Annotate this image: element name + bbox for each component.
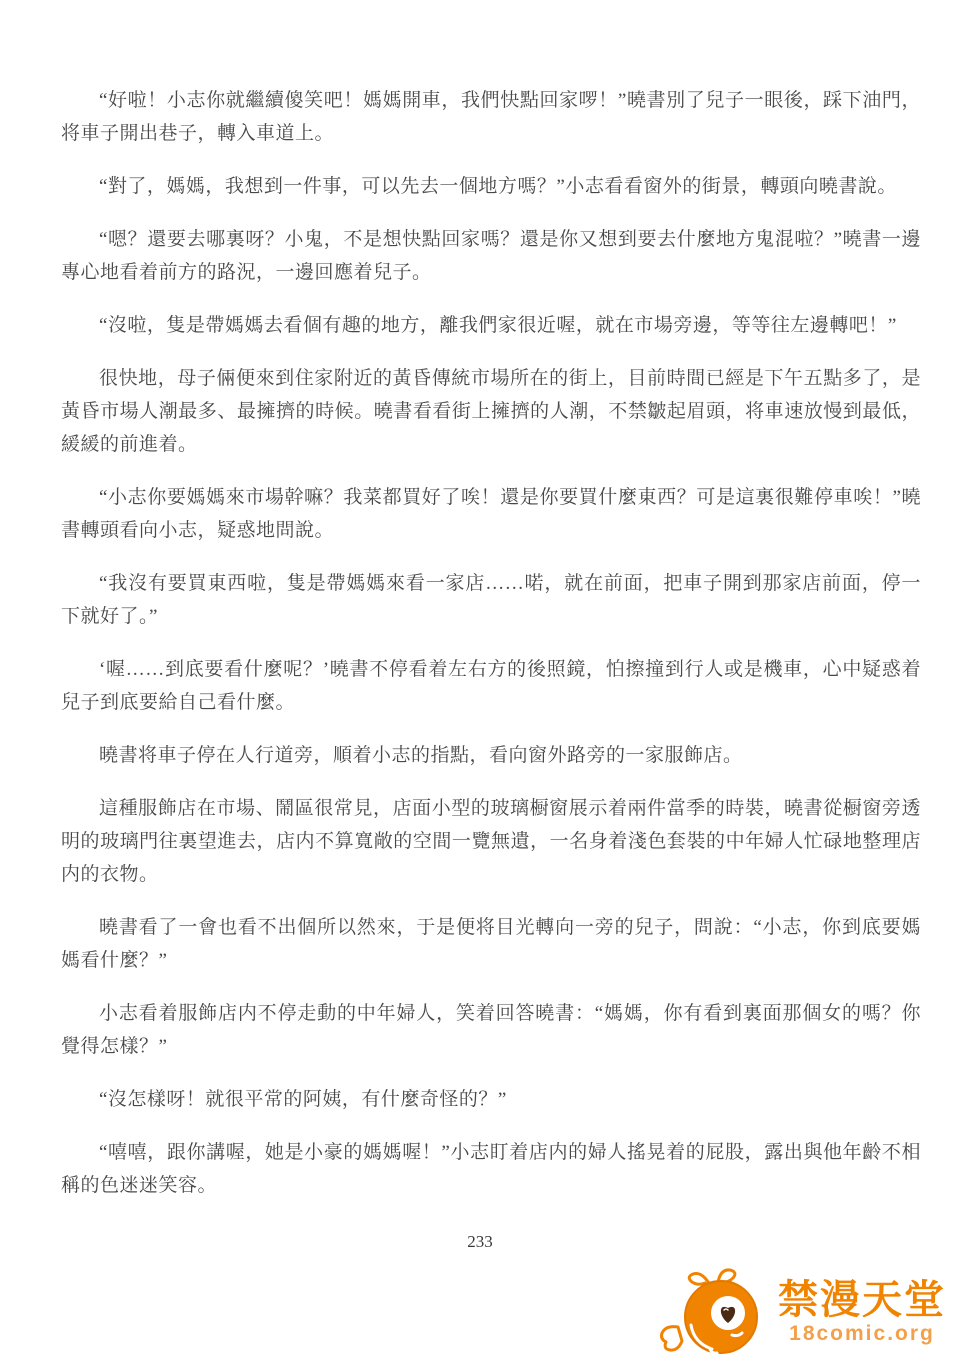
paragraph: “小志你要媽媽來市場幹嘛？我菜都買好了唉！還是你要買什麼東西？可是這裏很難停車唉… (61, 481, 921, 547)
paragraph: 曉書将車子停在人行道旁，順着小志的指點，看向窗外路旁的一家服飾店。 (61, 739, 921, 772)
page-text: “好啦！小志你就繼續傻笑吧！媽媽開車，我們快點回家啰！”曉書別了兒子一眼後，踩下… (61, 84, 921, 1222)
paragraph: ‘喔……到底要看什麼呢？’曉書不停看着左右方的後照鏡，怕擦撞到行人或是機車，心中… (61, 653, 921, 719)
paragraph: “我沒有要買東西啦，隻是帶媽媽來看一家店……喏，就在前面，把車子開到那家店前面，… (61, 567, 921, 633)
paragraph: “沒啦，隻是帶媽媽去看個有趣的地方，離我們家很近喔，就在市場旁邊，等等往左邊轉吧… (61, 309, 921, 342)
paragraph: “嘻嘻，跟你講喔，她是小豪的媽媽喔！”小志盯着店内的婦人搖晃着的屁股，露出與他年… (61, 1136, 921, 1202)
paragraph: 小志看着服飾店内不停走動的中年婦人，笑着回答曉書：“媽媽，你有看到裏面那個女的嗎… (61, 997, 921, 1063)
paragraph: “嗯？還要去哪裏呀？小鬼，不是想快點回家嗎？還是你又想到要去什麼地方鬼混啦？”曉… (61, 223, 921, 289)
paragraph: “對了，媽媽，我想到一件事，可以先去一個地方嗎？”小志看看窗外的街景，轉頭向曉書… (61, 170, 921, 203)
paragraph: 曉書看了一會也看不出個所以然來，于是便将目光轉向一旁的兒子，問說：“小志，你到底… (61, 911, 921, 977)
paragraph: 很快地，母子倆便來到住家附近的黃昏傳統市場所在的街上，目前時間已經是下午五點多了… (61, 362, 921, 461)
watermark-site-name: 禁漫天堂 (778, 1279, 946, 1321)
whale-mascot-icon (658, 1267, 776, 1355)
paragraph: “沒怎樣呀！就很平常的阿姨，有什麼奇怪的？” (61, 1083, 921, 1116)
page-number: 233 (0, 1232, 960, 1252)
watermark-site-url: 18comic.org (789, 1323, 935, 1344)
paragraph: “好啦！小志你就繼續傻笑吧！媽媽開車，我們快點回家啰！”曉書別了兒子一眼後，踩下… (61, 84, 921, 150)
watermark-logo: 禁漫天堂 18comic.org (658, 1267, 946, 1355)
document-page: “好啦！小志你就繼續傻笑吧！媽媽開車，我們快點回家啰！”曉書別了兒子一眼後，踩下… (0, 0, 960, 1357)
paragraph: 這種服飾店在市場、鬧區很常見，店面小型的玻璃橱窗展示着兩件當季的時裝，曉書從橱窗… (61, 792, 921, 891)
watermark-text: 禁漫天堂 18comic.org (778, 1279, 946, 1344)
